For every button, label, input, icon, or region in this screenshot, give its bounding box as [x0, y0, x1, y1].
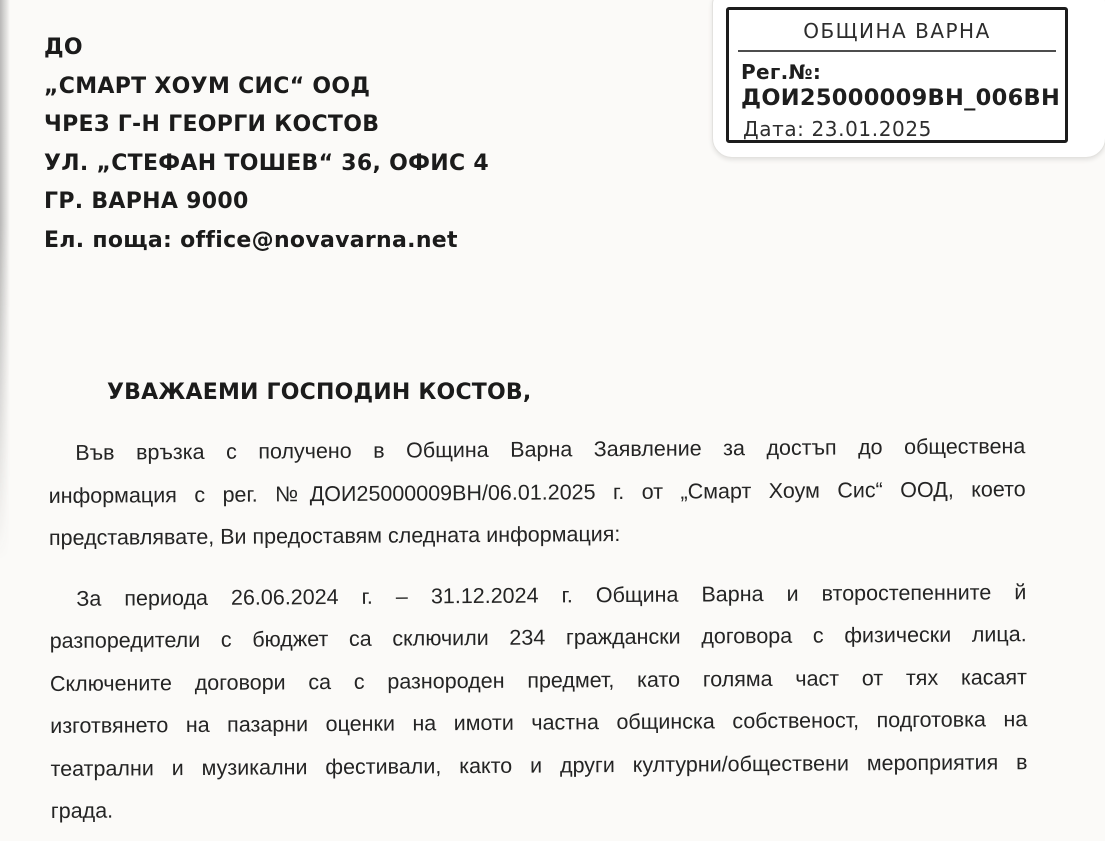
salutation: УВАЖАЕМИ ГОСПОДИН КОСТОВ, [107, 380, 531, 405]
paragraph-1: Във връзка с получено в Община Варна Зая… [48, 425, 1026, 559]
body-line: Сключените договори са с разнороден пред… [50, 656, 1027, 705]
stamp-inner-box: ОБЩИНА ВАРНА Рег.№: ДОИ25000009ВН_006ВН … [726, 7, 1068, 143]
body-line: разпоредители с бюджет са сключили 234 г… [50, 613, 1027, 662]
stamp-reg-number: ДОИ25000009ВН_006ВН [741, 85, 1065, 111]
body-line: информация с рег. №ДОИ25000009ВН/06.01.2… [49, 468, 1026, 517]
recipient-line-address: УЛ. „СТЕФАН ТОШЕВ“ 36, ОФИС 4 [44, 145, 489, 184]
paragraph-2: За периода 26.06.2024 г. – 31.12.2024 г.… [49, 571, 1028, 833]
stamp-org-name: ОБЩИНА ВАРНА [729, 19, 1065, 43]
scanned-letter-page: ДО „СМАРТ ХОУМ СИС“ ООД ЧРЕЗ Г-Н ГЕОРГИ … [0, 0, 1105, 841]
recipient-line-attention: ЧРЕЗ Г-Н ГЕОРГИ КОСТОВ [44, 106, 489, 145]
scan-edge-shadow [0, 0, 10, 560]
body-line: Във връзка с получено в Община Варна Зая… [48, 425, 1025, 474]
stamp-reg-label: Рег.№: [741, 60, 1065, 84]
recipient-line-city: ГР. ВАРНА 9000 [44, 183, 489, 222]
stamp-divider-line [738, 50, 1056, 52]
letter-body: Във връзка с получено в Община Варна Зая… [48, 425, 1028, 832]
stamp-date: Дата: 23.01.2025 [743, 117, 1065, 141]
body-line: театрални и музикални фестивали, както и… [50, 741, 1027, 790]
body-line: представлявате, Ви предоставям следната … [49, 510, 1026, 559]
recipient-block: ДО „СМАРТ ХОУМ СИС“ ООД ЧРЕЗ Г-Н ГЕОРГИ … [44, 29, 489, 260]
registration-stamp: ОБЩИНА ВАРНА Рег.№: ДОИ25000009ВН_006ВН … [712, 0, 1105, 158]
recipient-line-company: „СМАРТ ХОУМ СИС“ ООД [44, 68, 489, 107]
recipient-line-to: ДО [44, 29, 489, 68]
body-line: града. [51, 783, 1028, 832]
recipient-line-email: Ел. поща: office@novavarna.net [44, 222, 489, 261]
body-line: За периода 26.06.2024 г. – 31.12.2024 г.… [49, 571, 1026, 620]
body-line: изготвянето на пазарни оценки на имоти ч… [50, 698, 1027, 747]
